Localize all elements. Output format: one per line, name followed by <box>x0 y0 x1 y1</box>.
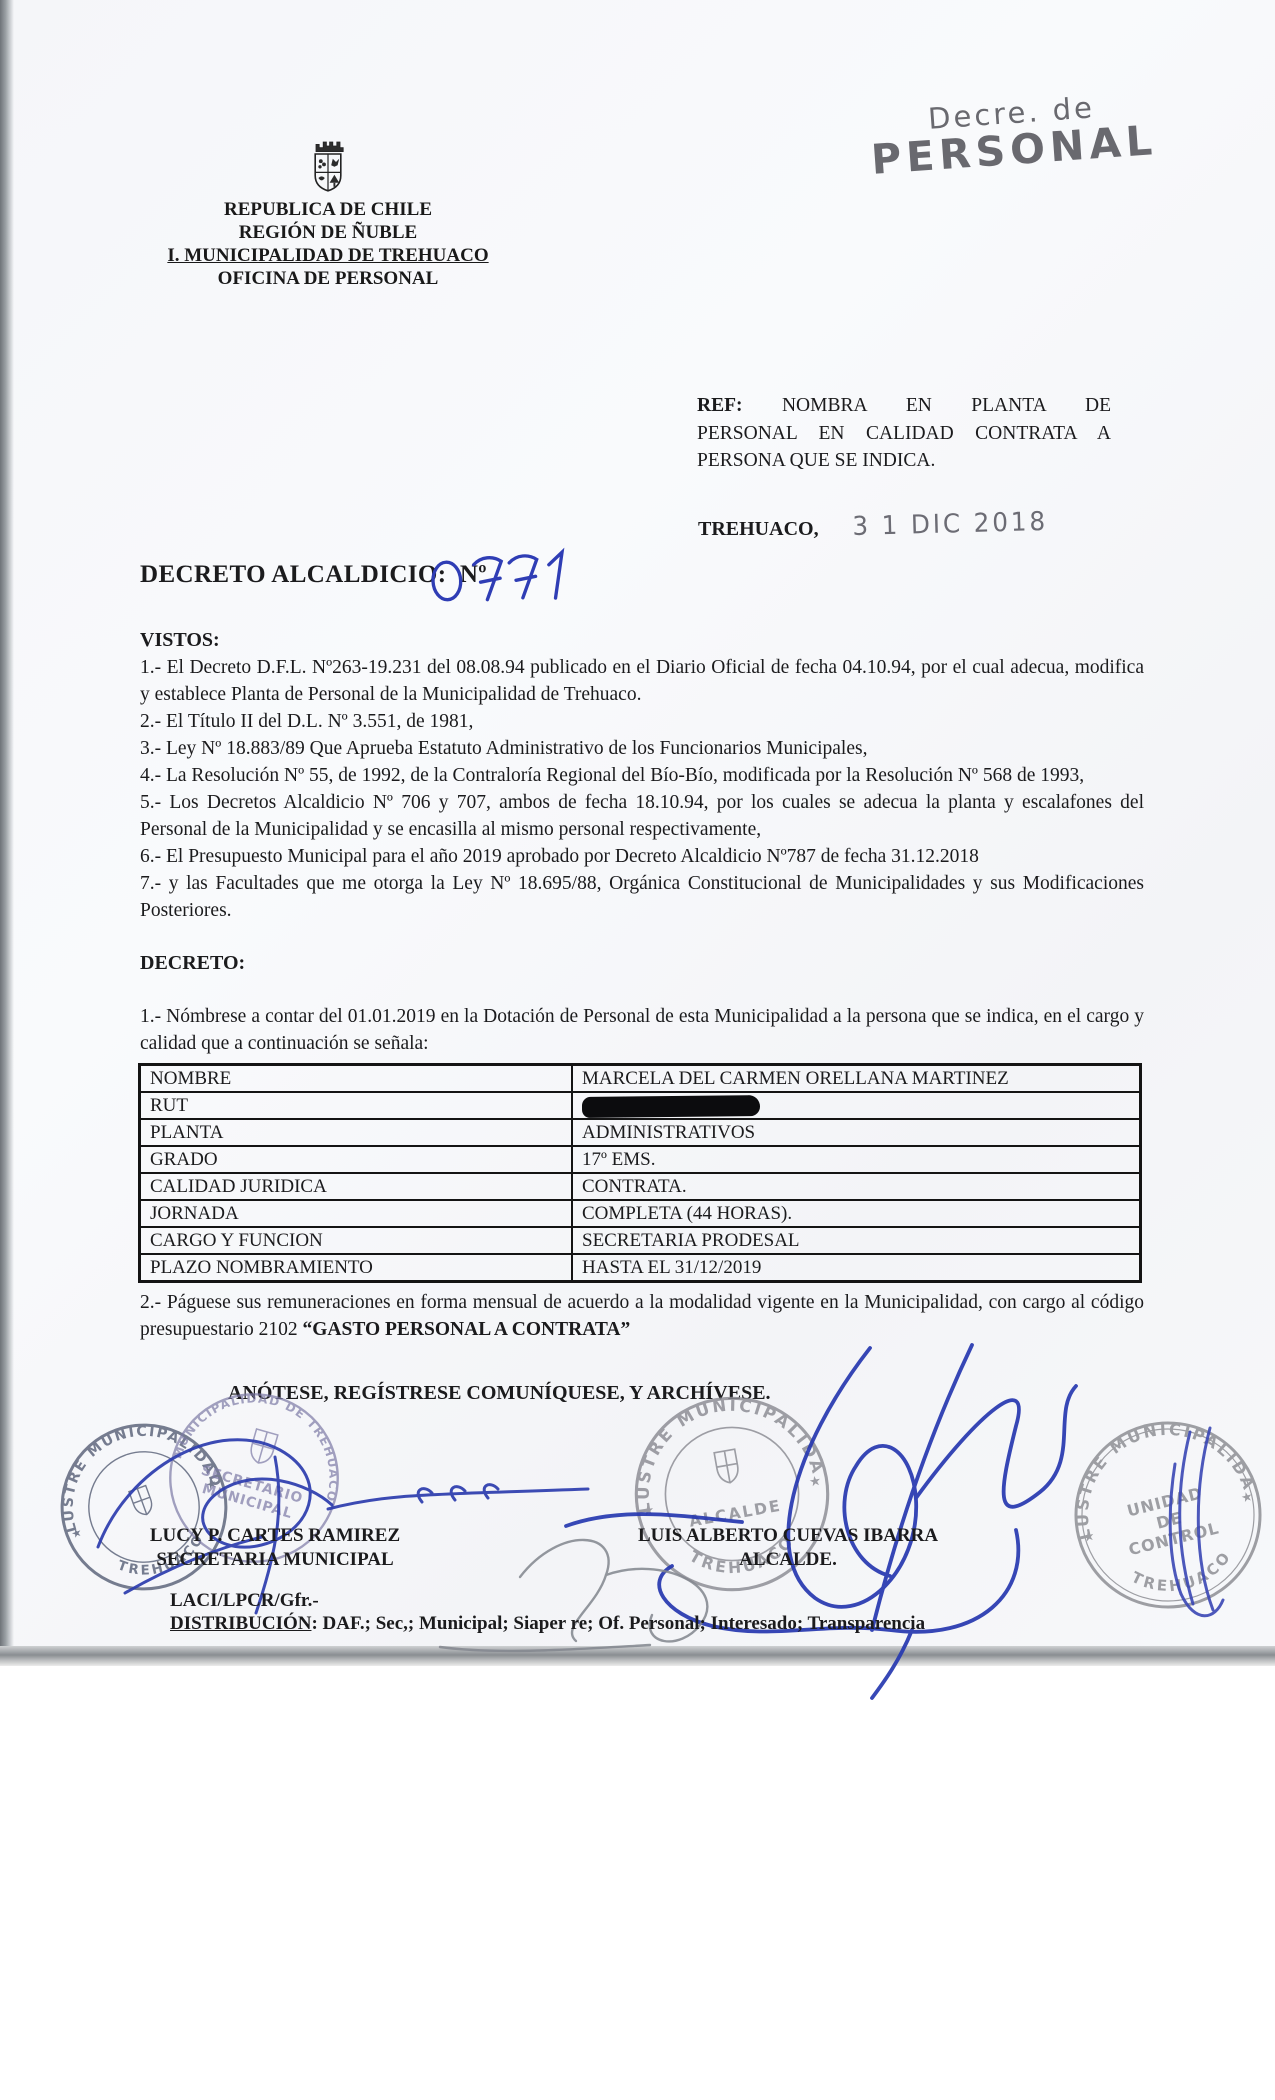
row-label: GRADO <box>140 1146 573 1173</box>
row-label: PLANTA <box>140 1119 573 1146</box>
letterhead-office: OFICINA DE PERSONAL <box>118 267 538 290</box>
row-label: RUT <box>140 1092 573 1119</box>
row-label: PLAZO NOMBRAMIENTO <box>140 1254 573 1282</box>
letterhead: REPUBLICA DE CHILE REGIÓN DE ÑUBLE I. MU… <box>118 198 538 290</box>
secretary-name: LUCY P. CARTES RAMIREZ <box>130 1524 420 1548</box>
vistos-item: 4.- La Resolución Nº 55, de 1992, de la … <box>140 762 1144 789</box>
distribution-list: : DAF.; Sec,; Municipal; Siaper re; Of. … <box>311 1613 925 1634</box>
row-value: SECRETARIA PRODESAL <box>572 1227 1141 1254</box>
mayor-title: ALCALDE. <box>618 1548 958 1572</box>
vistos-section: VISTOS: 1.- El Decreto D.F.L. Nº263-19.2… <box>140 627 1144 924</box>
row-value: MARCELA DEL CARMEN ORELLANA MARTINEZ <box>572 1065 1141 1093</box>
row-value <box>572 1092 1141 1119</box>
distribution-label: DISTRIBUCIÓN <box>170 1613 311 1634</box>
ref-line1: REF: NOMBRA EN PLANTA DE <box>697 392 1111 420</box>
ref-block: REF: NOMBRA EN PLANTA DE PERSONAL EN CAL… <box>697 392 1111 475</box>
footer-initials: LACI/LPCR/Gfr.- <box>170 1590 319 1612</box>
row-value: 17º EMS. <box>572 1146 1141 1173</box>
decree-number-label: Nº <box>460 561 487 588</box>
row-label: CARGO Y FUNCION <box>140 1227 573 1254</box>
vistos-item: 2.- El Título II del D.L. Nº 3.551, de 1… <box>140 708 1144 735</box>
table-row: PLAZO NOMBRAMIENTOHASTA EL 31/12/2019 <box>140 1254 1141 1282</box>
table-row: RUT <box>140 1092 1141 1119</box>
row-value: HASTA EL 31/12/2019 <box>572 1254 1141 1282</box>
row-label: CALIDAD JURIDICA <box>140 1173 573 1200</box>
scanned-decree-page: REPUBLICA DE CHILE REGIÓN DE ÑUBLE I. MU… <box>0 0 1275 2100</box>
table-row: JORNADACOMPLETA (44 HORAS). <box>140 1200 1141 1227</box>
table-row: NOMBREMARCELA DEL CARMEN ORELLANA MARTIN… <box>140 1065 1141 1093</box>
paragraph-2-text: 2.- Páguese sus remuneraciones en forma … <box>140 1292 1144 1340</box>
letterhead-country: REPUBLICA DE CHILE <box>118 198 538 221</box>
letterhead-municipality: I. MUNICIPALIDAD DE TREHUACO <box>118 244 538 267</box>
appointment-table: NOMBREMARCELA DEL CARMEN ORELLANA MARTIN… <box>138 1063 1142 1283</box>
star-icon: ★ <box>1081 1529 1096 1546</box>
letterhead-region: REGIÓN DE ÑUBLE <box>118 221 538 244</box>
row-label: JORNADA <box>140 1200 573 1227</box>
municipal-coat-of-arms-icon <box>302 138 354 202</box>
mayor-name: LUIS ALBERTO CUEVAS IBARRA <box>618 1524 958 1548</box>
vistos-item: 6.- El Presupuesto Municipal para el año… <box>140 843 1144 870</box>
vistos-item: 1.- El Decreto D.F.L. Nº263-19.231 del 0… <box>140 654 1144 708</box>
secretary-title: SECRETARIA MUNICIPAL <box>130 1548 420 1572</box>
mayor-round-stamp: ILUSTRE MUNICIPALIDAD TREHUACO ALCALDE ★… <box>612 1374 853 1615</box>
scan-edge-left <box>0 0 14 1646</box>
star-icon: ★ <box>1240 1489 1255 1506</box>
row-label: NOMBRE <box>140 1065 573 1093</box>
vistos-heading: VISTOS: <box>140 627 1144 654</box>
scan-edge-bottom <box>0 1646 1275 1666</box>
row-value: ADMINISTRATIVOS <box>572 1119 1141 1146</box>
star-icon: ★ <box>808 1473 823 1491</box>
table-row: CALIDAD JURIDICACONTRATA. <box>140 1173 1141 1200</box>
decree-title-text: DECRETO ALCALDICIO: <box>140 561 447 588</box>
row-value: COMPLETA (44 HORAS). <box>572 1200 1141 1227</box>
redaction-mark <box>582 1095 760 1118</box>
dateline-city: TREHUACO, <box>698 518 819 541</box>
paragraph-2-bold: “GASTO PERSONAL A CONTRATA” <box>302 1319 630 1340</box>
decree-title: DECRETO ALCALDICIO: Nº <box>140 561 487 589</box>
table-row: PLANTAADMINISTRATIVOS <box>140 1119 1141 1146</box>
ref-line2: PERSONAL EN CALIDAD CONTRATA A <box>697 420 1111 448</box>
vistos-item: 7.- y las Facultades que me otorga la Le… <box>140 870 1144 924</box>
ref-label: REF: <box>697 395 743 416</box>
vistos-item: 5.- Los Decretos Alcaldicio Nº 706 y 707… <box>140 789 1144 843</box>
ref-line1-text: NOMBRA EN PLANTA DE <box>782 395 1111 416</box>
ref-line3: PERSONA QUE SE INDICA. <box>697 447 1111 475</box>
star-icon: ★ <box>69 1525 84 1542</box>
vistos-item: 3.- Ley Nº 18.883/89 Que Aprueba Estatut… <box>140 735 1144 762</box>
table-row: CARGO Y FUNCIONSECRETARIA PRODESAL <box>140 1227 1141 1254</box>
decreto-paragraph-1: 1.- Nómbrese a contar del 01.01.2019 en … <box>140 1003 1144 1057</box>
table-row: GRADO17º EMS. <box>140 1146 1141 1173</box>
row-value: CONTRATA. <box>572 1173 1141 1200</box>
decreto-paragraph-2: 2.- Páguese sus remuneraciones en forma … <box>140 1289 1144 1343</box>
footer-distribution: DISTRIBUCIÓN: DAF.; Sec,; Municipal; Sia… <box>170 1613 925 1635</box>
decreto-heading: DECRETO: <box>140 950 1144 977</box>
date-stamp: 3 1 DIC 2018 <box>852 507 1048 542</box>
